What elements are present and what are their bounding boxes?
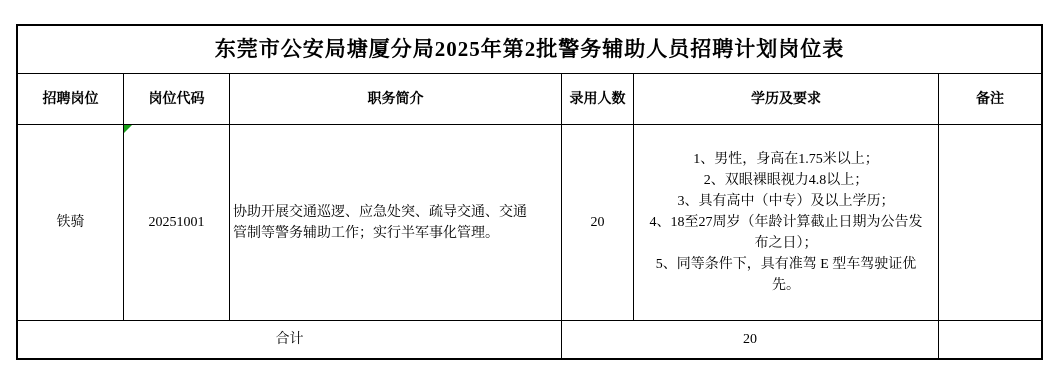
recruitment-table: 东莞市公安局塘厦分局2025年第2批警务辅助人员招聘计划岗位表 招聘岗位 岗位代… — [16, 24, 1043, 360]
requirement-line: 5、同等条件下，具有准驾 E 型车驾驶证优先。 — [646, 254, 926, 296]
remark-cell — [939, 125, 1041, 321]
footer-remark-cell — [939, 321, 1041, 358]
table-title: 东莞市公安局塘厦分局2025年第2批警务辅助人员招聘计划岗位表 — [18, 26, 1041, 74]
column-header-headcount: 录用人数 — [562, 74, 634, 125]
position-cell: 铁骑 — [18, 125, 124, 321]
cell-error-indicator-icon — [124, 125, 132, 133]
code-cell: 20251001 — [124, 125, 230, 321]
footer-total-label-cell: 合计 — [18, 321, 562, 358]
requirement-line: 2、双眼裸眼视力4.8以上； — [646, 170, 926, 191]
column-header-position: 招聘岗位 — [18, 74, 124, 125]
column-header-duties: 职务简介 — [230, 74, 562, 125]
footer-total-value-cell: 20 — [562, 321, 939, 358]
requirements-cell: 1、男性，身高在1.75米以上； 2、双眼裸眼视力4.8以上； 3、具有高中（中… — [634, 125, 939, 321]
column-header-code: 岗位代码 — [124, 74, 230, 125]
page: 东莞市公安局塘厦分局2025年第2批警务辅助人员招聘计划岗位表 招聘岗位 岗位代… — [0, 0, 1059, 378]
requirement-line: 4、18至27周岁（年龄计算截止日期为公告发布之日）； — [646, 212, 926, 254]
requirement-line: 1、男性，身高在1.75米以上； — [646, 149, 926, 170]
column-header-requirements: 学历及要求 — [634, 74, 939, 125]
code-value: 20251001 — [149, 212, 205, 233]
headcount-cell: 20 — [562, 125, 634, 321]
duties-cell: 协助开展交通巡逻、应急处突、疏导交通、交通管制等警务辅助工作；实行半军事化管理。 — [230, 125, 562, 321]
requirement-line: 3、具有高中（中专）及以上学历； — [646, 191, 926, 212]
column-header-remark: 备注 — [939, 74, 1041, 125]
